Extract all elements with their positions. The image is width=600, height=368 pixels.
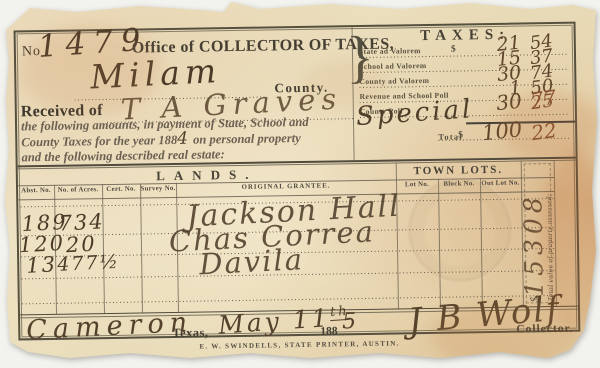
special-cents: 77 [529, 84, 564, 112]
row3-abst-no: 13 [26, 252, 58, 278]
col-abst-no: Abst. No. [18, 187, 54, 200]
state-label: Texas, [172, 325, 208, 341]
year-digit-handwritten: 5 [342, 309, 356, 334]
paper-sheet: No 1479 Office of COLLECTOR OF TAXES, } … [0, 0, 600, 368]
collector-label: Collector. [516, 323, 573, 336]
year-printed: 188 [320, 325, 337, 337]
taxes-box: TAXES: State ad Valorem $ 21 54 School a… [352, 24, 580, 162]
total-cents: 22 [530, 117, 565, 145]
town-lots-header: TOWN LOTS. [396, 164, 521, 178]
total-value-handwritten: $15308 [518, 164, 549, 302]
place-handwritten: Cameron [26, 307, 194, 346]
col-acres: No. of Acres. [54, 186, 102, 199]
tax-receipt-document: No 1479 Office of COLLECTOR OF TAXES, } … [0, 0, 600, 368]
year-digit-handwritten: 4 [177, 129, 188, 149]
outer-frame: No 1479 Office of COLLECTOR OF TAXES, } … [14, 22, 581, 341]
col-survey-no: Survey No. [140, 185, 176, 198]
total-dollars: 100 [467, 117, 523, 146]
dollar-sign: $ [451, 45, 456, 55]
special-dollars: 30 [477, 89, 523, 117]
receipt-body-text: the following amounts, in payment of Sta… [21, 114, 356, 166]
total-value-strip: Total value of property assessed; $15308 [521, 160, 556, 307]
row3-acres: 477½ [57, 251, 121, 276]
document-content: No 1479 Office of COLLECTOR OF TAXES, } … [0, 0, 600, 368]
dollar-sign: $ [458, 130, 463, 140]
tax-row-total: Total $ 100 22 [354, 124, 579, 143]
embossed-seal [408, 178, 512, 282]
row3-grantee: Davila [198, 242, 304, 281]
col-cert-no: Cert. No. [102, 186, 140, 199]
